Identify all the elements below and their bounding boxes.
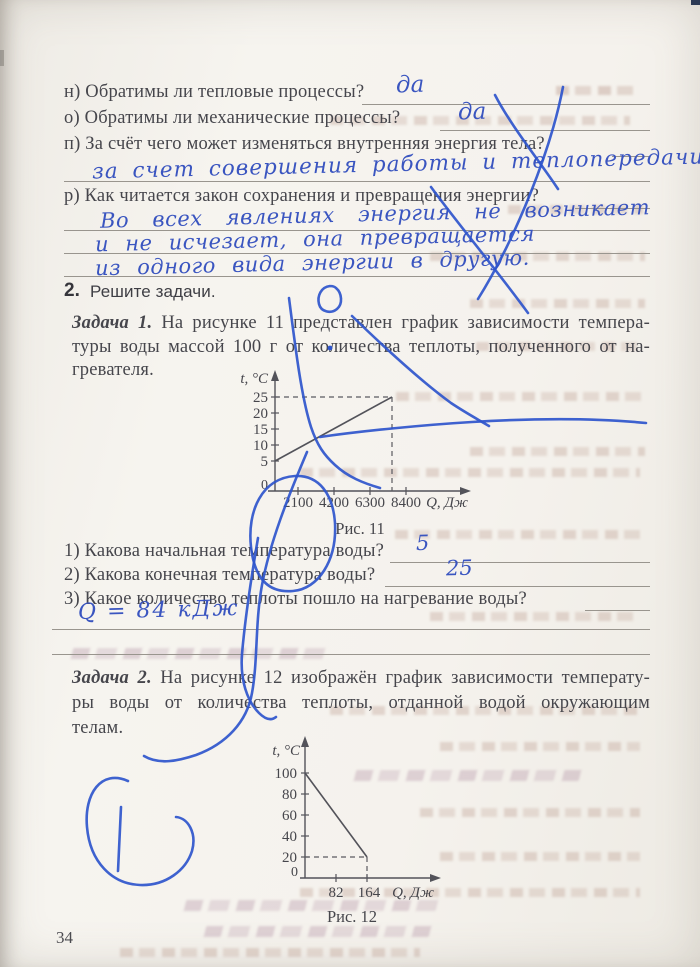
- fig11-ytick: 10: [253, 438, 268, 454]
- fig11-caption: Рис. 11: [335, 519, 384, 538]
- fig12-ytick: 80: [282, 787, 297, 803]
- pen-stroke: [478, 87, 563, 299]
- fig11-x-axis-label: Q, Дж: [426, 495, 468, 511]
- x-axis-arrow: [460, 487, 471, 495]
- fig11-xtick: 6300: [355, 495, 385, 511]
- fig11-ytick: 20: [253, 406, 268, 422]
- fig12-xtick: 82: [329, 885, 344, 901]
- fig12-ytick: 40: [282, 829, 297, 845]
- fig12-ytick: 20: [282, 850, 297, 866]
- figure-12-graph: t, °C 100 80 60 40 20 0 82 164 Q, Дж Рис…: [272, 736, 441, 926]
- x-axis-arrow: [430, 874, 441, 882]
- fig12-ytick: 100: [275, 766, 298, 782]
- pen-circle-mark: [318, 286, 341, 312]
- y-axis-arrow: [271, 370, 279, 381]
- fig11-ytick: 5: [261, 454, 269, 470]
- pen-stroke: [320, 419, 646, 437]
- fig12-xtick: 164: [358, 885, 381, 901]
- fig12-caption: Рис. 12: [327, 907, 377, 926]
- figures-and-ink-overlay: t, °C 25 20 15 10 5 0 2100 4200 6300 840…: [0, 0, 700, 967]
- pen-stroke: [242, 538, 276, 719]
- cooling-line: [305, 773, 367, 857]
- fig11-ytick: 25: [253, 390, 268, 406]
- figure-11-graph: t, °C 25 20 15 10 5 0 2100 4200 6300 840…: [240, 370, 471, 538]
- scan-edge-mark: [691, 0, 700, 5]
- y-axis-arrow: [301, 736, 309, 747]
- fig11-xtick: 8400: [391, 495, 421, 511]
- fig11-ytick: 15: [253, 422, 268, 438]
- workbook-page: н) Обратимы ли тепловые процессы? о) Обр…: [0, 0, 700, 967]
- scan-edge-mark: [0, 50, 4, 66]
- pen-scribble-mark: [118, 807, 121, 871]
- pen-dot: [328, 346, 333, 351]
- fig11-y-axis-label: t, °C: [240, 371, 269, 387]
- fig12-y-axis-label: t, °C: [272, 743, 301, 759]
- fig12-ytick: 60: [282, 808, 297, 824]
- fig12-origin-label: 0: [291, 865, 298, 880]
- pen-marks: [87, 87, 646, 885]
- pen-stroke: [352, 316, 489, 426]
- fig12-x-axis-label: Q, Дж: [392, 885, 434, 901]
- pen-scribble-mark: [87, 778, 194, 885]
